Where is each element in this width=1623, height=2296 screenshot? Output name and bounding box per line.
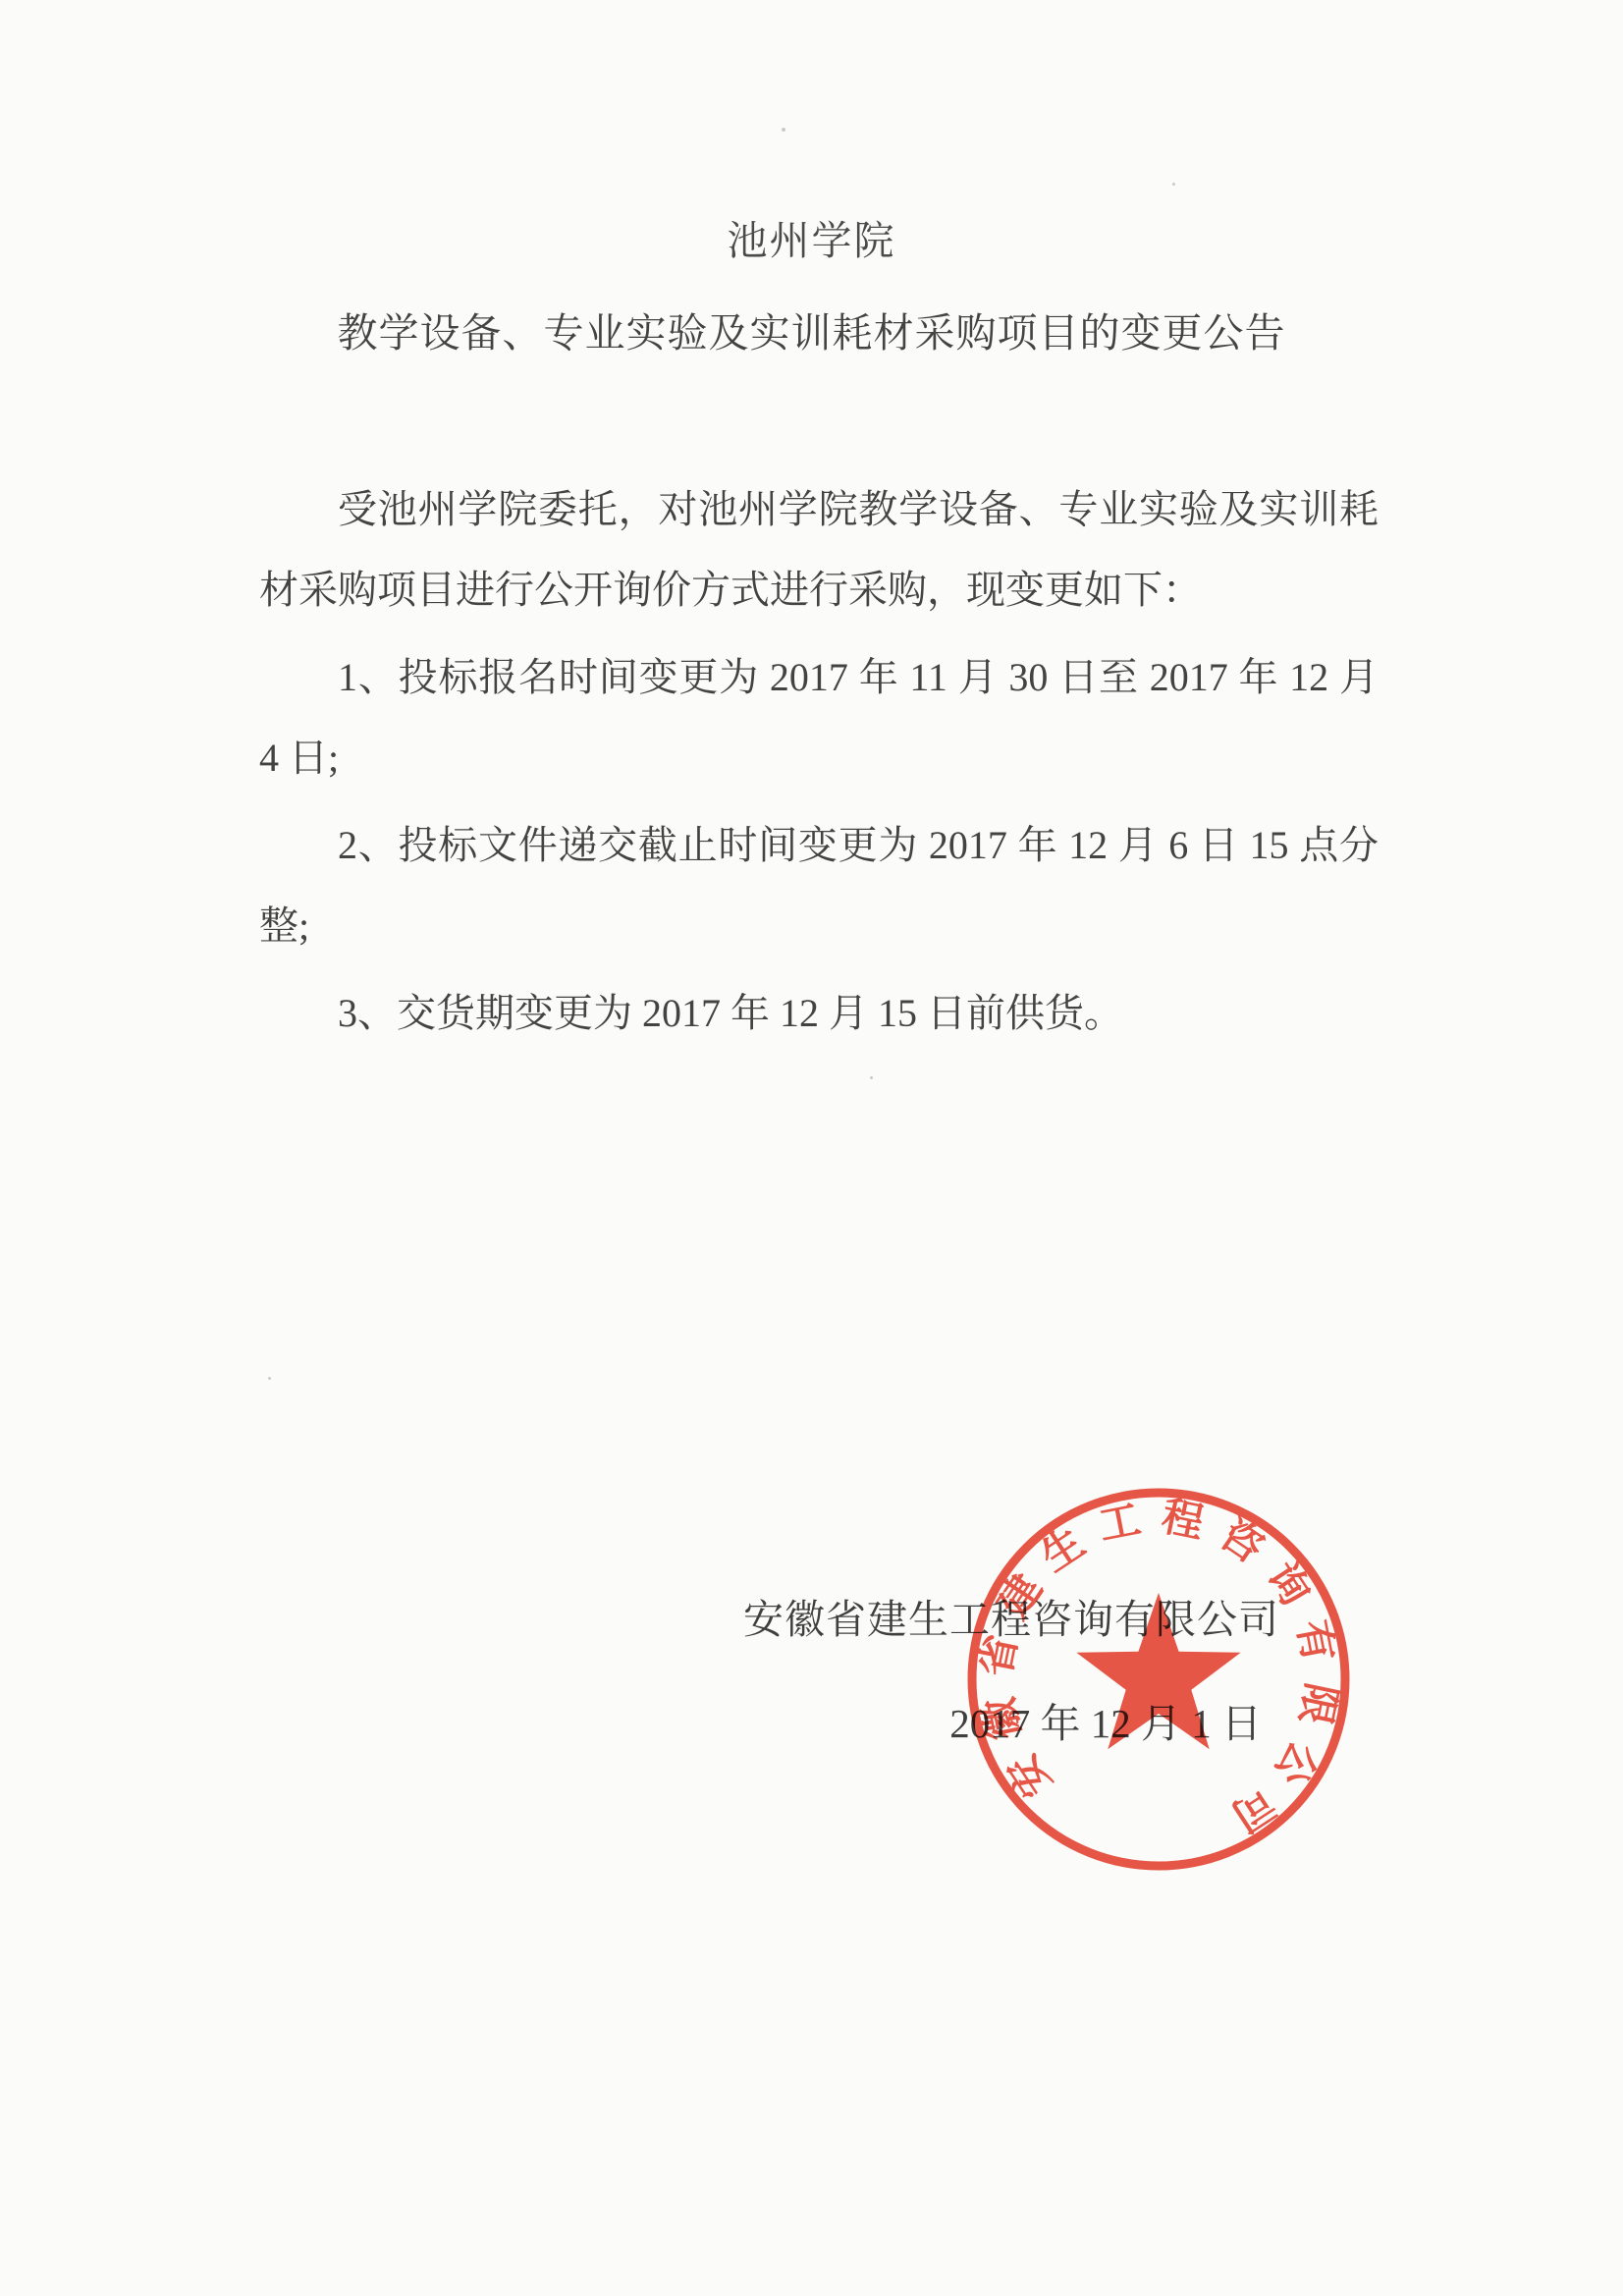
scan-speck [870, 1076, 873, 1079]
scan-speck [1172, 183, 1175, 186]
document-title: 池州学院 [0, 208, 1623, 266]
star-icon [1076, 1593, 1240, 1749]
document-subtitle: 教学设备、专业实验及实训耗材采购项目的变更公告 [0, 301, 1623, 358]
body-paragraph-item-3: 3、交货期变更为 2017 年 12 月 15 日前供货。 [259, 973, 1379, 1054]
body-paragraph-item-1: 1、投标报名时间变更为 2017 年 11 月 30 日至 2017 年 12 … [259, 637, 1379, 798]
company-seal-stamp: 安徽省建生工程咨询有限公司 [952, 1473, 1365, 1886]
scan-speck [268, 1377, 271, 1380]
scan-speck [782, 128, 785, 132]
body-paragraph-item-2: 2、投标文件递交截止时间变更为 2017 年 12 月 6 日 15 点分整; [259, 805, 1379, 966]
scanned-document-page: 池州学院 教学设备、专业实验及实训耗材采购项目的变更公告 受池州学院委托，对池州… [0, 0, 1623, 2296]
document-body: 受池州学院委托，对池州学院教学设备、专业实验及实训耗材采购项目进行公开询价方式进… [259, 469, 1379, 1061]
body-paragraph-intro: 受池州学院委托，对池州学院教学设备、专业实验及实训耗材采购项目进行公开询价方式进… [259, 469, 1379, 630]
